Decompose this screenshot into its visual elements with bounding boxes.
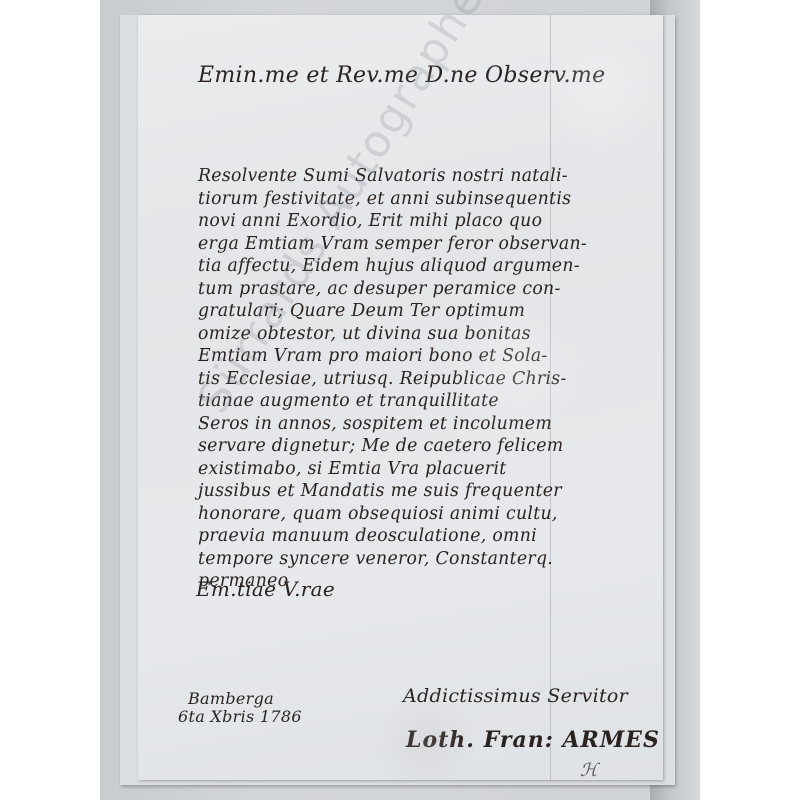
body-line: tianae augmento et tranquillitate (198, 390, 587, 413)
body-line: erga Emtiam Vram semper feror observan- (198, 233, 587, 256)
place-and-date: Bamberga 6ta Xbris 1786 (178, 690, 302, 726)
body-line: Seros in annos, sospitem et incolumem (198, 413, 587, 436)
body-line: tiorum festivitate, et anni subinsequent… (198, 188, 587, 211)
letter-photo: Emin.me et Rev.me D.ne Observ.me Resolve… (100, 0, 700, 800)
letter-paper: Emin.me et Rev.me D.ne Observ.me Resolve… (138, 15, 663, 780)
letter-date: 6ta Xbris 1786 (178, 708, 302, 726)
body-line: existimabo, si Emtia Vra placuerit (198, 458, 587, 481)
body-line: honorare, quam obsequiosi animi cultu, (198, 503, 587, 526)
letter-closing: Em.tiae V.rae (196, 577, 335, 601)
paraph-flourish-icon: ℋ (580, 760, 598, 781)
body-line: tia affectu, Eidem hujus aliquod argumen… (198, 255, 587, 278)
body-line: Resolvente Sumi Salvatoris nostri natali… (198, 165, 587, 188)
body-line: novi anni Exordio, Erit mihi placo quo (198, 210, 587, 233)
body-line: servare dignetur; Me de caetero felicem (198, 435, 587, 458)
letter-place: Bamberga (178, 690, 302, 708)
body-line: jussibus et Mandatis me suis frequenter (198, 480, 587, 503)
body-line: tempore syncere veneror, Constanterq. (198, 548, 587, 571)
body-line: praevia manuum deosculatione, omni (198, 525, 587, 548)
servitor-line: Addictissimus Servitor (403, 685, 628, 707)
signature: Loth. Fran: ARMES (406, 727, 660, 753)
